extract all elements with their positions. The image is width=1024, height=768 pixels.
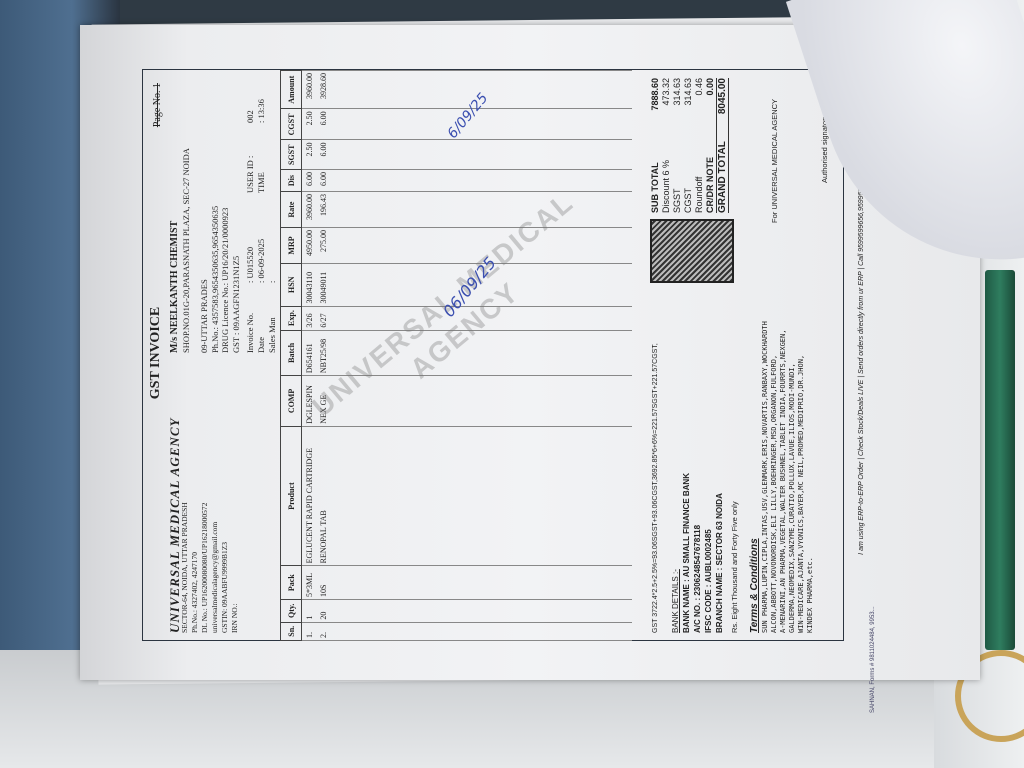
column-header: Rate bbox=[281, 192, 302, 228]
total-label: CGST bbox=[683, 188, 694, 213]
invoice-no-label: Invoice No. bbox=[245, 283, 256, 353]
table-cell: 6/27 bbox=[316, 306, 330, 330]
date-label: Date bbox=[256, 283, 267, 353]
bank-title: BANK DETAILS :- bbox=[670, 303, 681, 633]
total-value: 0.46 bbox=[694, 78, 705, 96]
buyer-phone: Ph.No.: 4357583,9654350635,9654350635 bbox=[210, 73, 221, 353]
qr-code bbox=[650, 219, 734, 283]
invoice-no: : U015520 bbox=[245, 193, 256, 283]
invoice-date: : 06-09-2025 bbox=[256, 193, 267, 283]
user-id: 002 bbox=[245, 110, 256, 123]
for-agency: For UNIVERSAL MEDICAL AGENCY bbox=[770, 99, 779, 223]
table-cell: 2. bbox=[316, 622, 330, 640]
bank-ac-no: A/C NO. : 2306248547678118 bbox=[692, 303, 703, 633]
table-cell: 10S bbox=[316, 566, 330, 600]
amount-in-words: Rs. Eight Thousand and Forty Five only bbox=[730, 501, 739, 633]
buyer-block: M/s NEELKANTH CHEMIST SHOP.NO.01G-20,PAR… bbox=[170, 73, 241, 353]
bank-details: BANK DETAILS :- BANK NAME : AU SMALL FIN… bbox=[670, 303, 725, 633]
table-cell: EGLUCENT RAPID CARTRIDGE bbox=[302, 426, 317, 566]
column-header: Exp. bbox=[281, 306, 302, 330]
table-cell: 5*3ML bbox=[302, 566, 317, 600]
table-cell: 6.00 bbox=[316, 140, 330, 170]
table-cell: 30043110 bbox=[302, 263, 317, 306]
total-row: SGST314.63 bbox=[672, 78, 683, 213]
table-cell: NBT25/98 bbox=[316, 330, 330, 376]
invoice-meta: Invoice No. : U015520 USER ID : 002 Date… bbox=[245, 73, 278, 353]
total-row: CGST314.63 bbox=[683, 78, 694, 213]
table-row: 2.2010SRENOPAL TABNEX GENBT25/986/273004… bbox=[316, 71, 330, 641]
seller-irn: IRN NO.: bbox=[230, 363, 240, 633]
table-cell: 20 bbox=[316, 600, 330, 623]
side-note: SAHNAN, Forms # 9811024484, 9953... bbox=[870, 606, 876, 713]
invoice-time: : 13:36 bbox=[256, 99, 267, 123]
table-cell: 6.00 bbox=[316, 170, 330, 192]
column-header: Pack bbox=[281, 566, 302, 600]
table-cell: 196.43 bbox=[316, 192, 330, 228]
terms-line: GALDERMA,NEOMEDIX,SANZYME,CURATIO,POLLUX… bbox=[788, 233, 797, 633]
table-cell: 2.50 bbox=[302, 140, 317, 170]
terms-line: ALCON,ABBOTT,NOVONORDISK,ELI LILLY,BOEHR… bbox=[770, 233, 779, 633]
table-cell: 3960.00 bbox=[302, 192, 317, 228]
seller-gstin: GSTIN: 09AABFU9999B1Z3 bbox=[220, 363, 230, 633]
buyer-drug-licence: DRUG Licence No.: UP16/20/21/0000923 bbox=[220, 73, 231, 353]
table-body: 1.15*3MLEGLUCENT RAPID CARTRIDGEDGLESPIN… bbox=[302, 71, 633, 641]
total-row: SUB TOTAL7888.60 bbox=[650, 78, 661, 213]
grand-total-row: GRAND TOTAL 8045.00 bbox=[716, 78, 729, 213]
total-row: CR/DR NOTE0.00 bbox=[705, 78, 716, 213]
table-cell: 6.00 bbox=[302, 170, 317, 192]
table-cell: 4950.00 bbox=[302, 228, 317, 264]
column-header: HSN bbox=[281, 263, 302, 306]
table-cell: 6.00 bbox=[316, 109, 330, 140]
table-header-row: Sn.Qty.PackProductCOMPBatchExp.HSNMRPRat… bbox=[281, 71, 302, 641]
seller-dl-no: DL No.: UP16200080080/UP16218000572 bbox=[200, 363, 210, 633]
seller-name: UNIVERSAL MEDICAL AGENCY bbox=[170, 363, 180, 633]
column-header: COMP bbox=[281, 376, 302, 427]
column-header: Amount bbox=[281, 71, 302, 109]
gst-summary: GST 3722.4*2.5+2.5%=93.06SGST+93.06CGST,… bbox=[652, 233, 659, 633]
table-cell: 275.00 bbox=[316, 228, 330, 264]
buyer-name: M/s NEELKANTH CHEMIST bbox=[170, 73, 181, 353]
page-number: Page No. 1 bbox=[152, 83, 163, 127]
buyer-gst: GST : 09AAGFN1231N1Z5 bbox=[231, 73, 242, 353]
buyer-state: 09-UTTAR PRADES bbox=[199, 73, 210, 353]
terms-line: SUN PHARMA,LUPIN,CIPLA,INTAS,USV,GLENMAR… bbox=[761, 233, 770, 633]
total-label: Discount 6 % bbox=[661, 160, 672, 213]
table-cell: 3/26 bbox=[302, 306, 317, 330]
total-row: Discount 6 %473.32 bbox=[661, 78, 672, 213]
buyer-address: SHOP.NO.01G-20,PARASNATH PLAZA, SEC-27 N… bbox=[181, 73, 192, 353]
sales-man: : bbox=[267, 193, 278, 283]
total-value: 7888.60 bbox=[650, 78, 661, 111]
total-value: 0.00 bbox=[705, 78, 716, 96]
seller-phone: Ph.No.: 4327402, 4247170 bbox=[190, 363, 200, 633]
total-value: 473.32 bbox=[661, 78, 672, 106]
total-value: 314.63 bbox=[672, 78, 683, 106]
bank-name: BANK NAME : AU SMALL FINANCE BANK bbox=[681, 303, 692, 633]
green-glass-object bbox=[985, 270, 1015, 650]
bank-ifsc: IFSC CODE : AUBL0002485 bbox=[703, 303, 714, 633]
table-cell: 3928.60 bbox=[316, 71, 330, 109]
table-cell: 3960.00 bbox=[302, 71, 317, 109]
total-row: Roundoff0.46 bbox=[694, 78, 705, 213]
table-cell: RENOPAL TAB bbox=[316, 426, 330, 566]
total-label: SGST bbox=[672, 188, 683, 213]
total-label: Roundoff bbox=[694, 177, 705, 213]
seller-email: universalmedicalagency@gmail.com bbox=[210, 363, 220, 633]
grand-total-value: 8045.00 bbox=[717, 78, 728, 114]
column-header: Qty. bbox=[281, 600, 302, 623]
total-label: SUB TOTAL bbox=[650, 162, 661, 213]
total-value: 314.63 bbox=[683, 78, 694, 106]
table-cell: 2.50 bbox=[302, 109, 317, 140]
terms-line: WIN-MEDICARE,AJANTA,VYONICS,BAYER,MC NEI… bbox=[797, 233, 806, 633]
invoice-sheet: GST INVOICE Page No. 1 UNIVERSAL MEDICAL… bbox=[130, 53, 930, 653]
terms-block: Terms & Conditions SUN PHARMA,LUPIN,CIPL… bbox=[750, 233, 815, 633]
sales-man-label: Sales Man bbox=[267, 283, 278, 353]
total-label: CR/DR NOTE bbox=[705, 157, 716, 213]
invoice-title: GST INVOICE bbox=[148, 53, 164, 653]
column-header: Batch bbox=[281, 330, 302, 376]
terms-line: A-MENARINI,AN PHARMA,VEGETAL,WALTER BUSH… bbox=[779, 233, 788, 633]
column-header: SGST bbox=[281, 140, 302, 170]
seller-block: UNIVERSAL MEDICAL AGENCY SECTOR-64, NOID… bbox=[170, 363, 240, 633]
column-header: MRP bbox=[281, 228, 302, 264]
column-header: Product bbox=[281, 426, 302, 566]
grand-total-label: GRAND TOTAL bbox=[717, 141, 728, 213]
column-header: Dis bbox=[281, 170, 302, 192]
table-cell: 1. bbox=[302, 622, 317, 640]
user-id-label: USER ID : bbox=[245, 123, 256, 193]
table-cell: D654161 bbox=[302, 330, 317, 376]
terms-line: KINDEX PHARMA,etc. bbox=[806, 233, 815, 633]
table-cell: 30049011 bbox=[316, 263, 330, 306]
terms-title: Terms & Conditions bbox=[750, 233, 759, 633]
bank-branch: BRANCH NAME : SECTOR 63 NOIDA bbox=[714, 303, 725, 633]
column-header: CGST bbox=[281, 109, 302, 140]
column-header: Sn. bbox=[281, 622, 302, 640]
table-cell: 1 bbox=[302, 600, 317, 623]
table-row: 1.15*3MLEGLUCENT RAPID CARTRIDGEDGLESPIN… bbox=[302, 71, 317, 641]
totals-block: SUB TOTAL7888.60Discount 6 %473.32SGST31… bbox=[650, 78, 729, 213]
time-label: TIME bbox=[256, 123, 267, 193]
